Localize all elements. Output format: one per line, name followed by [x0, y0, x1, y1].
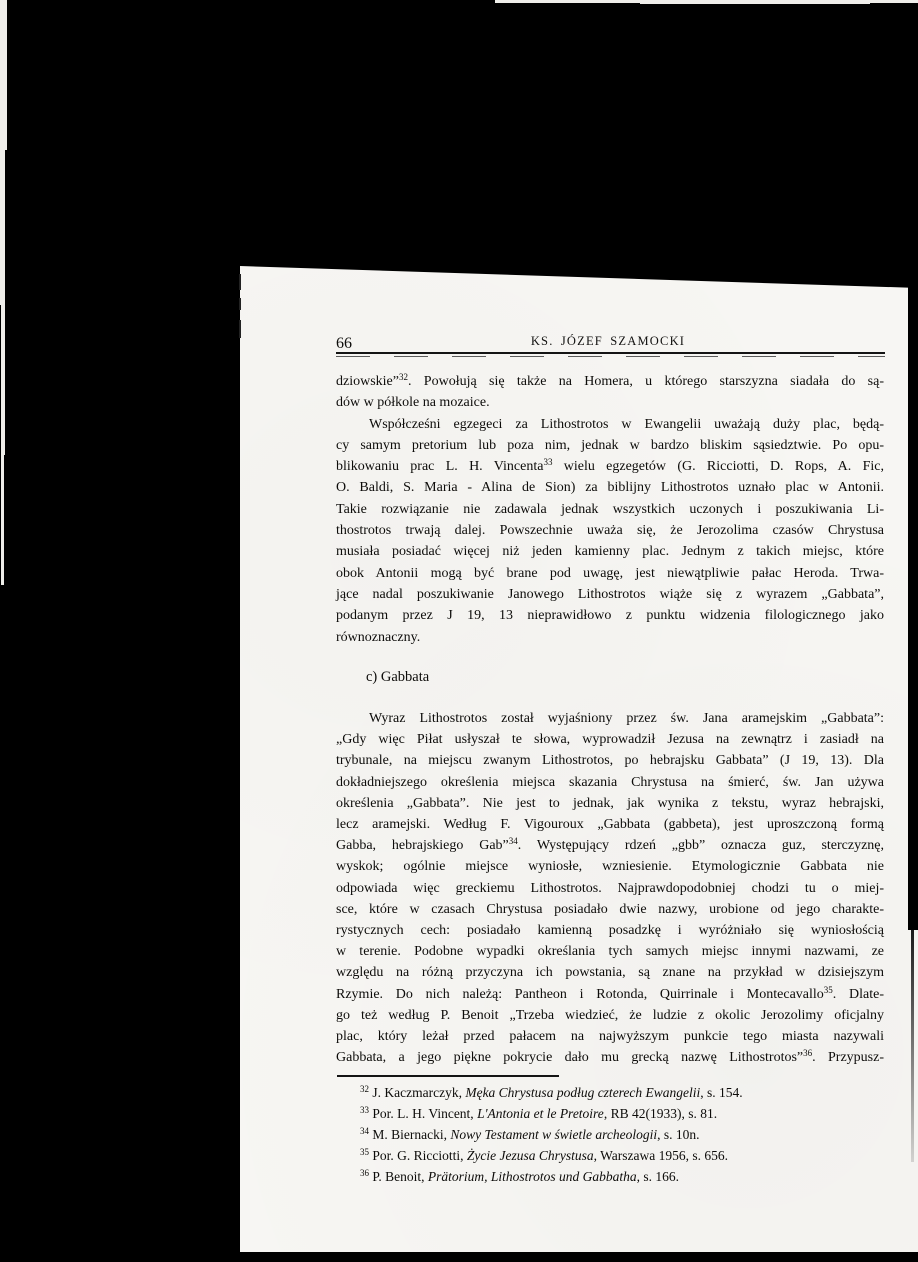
text-segment: , Warszawa 1956, s. 656. [594, 1148, 728, 1163]
film-edge-artifact [1, 455, 4, 585]
text-segment: . Powołują się także na Homera, u któreg… [408, 374, 884, 389]
text-segment: P. Benoit, [369, 1169, 428, 1184]
footnote-reference: 36 [803, 1048, 812, 1058]
text-segment: w terenie. Podobne wypadki określania ty… [336, 944, 884, 959]
film-edge-artifact [1, 305, 5, 455]
footnote-separator-rule [337, 1075, 559, 1077]
film-edge-artifact [0, 0, 7, 150]
text-segment: Wyraz Lithostrotos został wyjaśniony prz… [369, 711, 884, 726]
footnote-reference: 32 [360, 1084, 369, 1094]
page-edge-mark [239, 320, 241, 338]
text-segment: „Gdy więc Piłat usłyszał te słowa, wypro… [336, 732, 884, 747]
text-segment: Gabba, hebrajskiego Gab” [336, 838, 509, 853]
text-segment: J. Kaczmarczyk, [369, 1085, 465, 1100]
text-segment: Por. G. Ricciotti, [369, 1148, 467, 1163]
text-line: wyskok; ogólnie miejsce wyniosłe, wznies… [336, 856, 884, 877]
text-line: określenia „Gabbata”. Nie jest to jednak… [336, 793, 884, 814]
text-line: thostrotos trwają dalej. Powszechnie uwa… [336, 520, 884, 541]
text-segment: plac, który leżał przed pałacem na najwy… [336, 1029, 884, 1044]
text-line: Gabba, hebrajskiego Gab”34. Występujący … [336, 835, 884, 856]
footnotes: 32 J. Kaczmarczyk, Męka Chrystusa podług… [336, 1082, 896, 1187]
text-segment: odpowiada więc greckiemu Lithostrotos. N… [336, 881, 884, 896]
text-segment: go też według P. Benoit „Trzeba wiedzieć… [336, 1008, 884, 1023]
text-segment: musiała posiadać więcej niż jeden kamien… [336, 544, 884, 559]
text-segment: , s. 154. [700, 1085, 742, 1100]
text-line: trybunale, na miejscu zwanym Lithostroto… [336, 750, 884, 771]
text-segment: Takie rozwiązanie nie zadawala jednak ws… [336, 502, 884, 517]
film-edge-artifact [0, 150, 5, 305]
footnote-reference: 36 [360, 1168, 369, 1178]
text-line: dokładniejszego określenia miejsca skaza… [336, 772, 884, 793]
text-line: 32 J. Kaczmarczyk, Męka Chrystusa podług… [336, 1082, 896, 1103]
footnote-reference: 33 [360, 1105, 369, 1115]
footnote-reference: 34 [360, 1126, 369, 1136]
text-segment: . Przypusz- [812, 1050, 884, 1065]
text-line: Gabbata, a jego piękne pokrycie dało mu … [336, 1047, 884, 1068]
text-line: Rzymie. Do nich należą: Pantheon i Roton… [336, 984, 884, 1005]
page-edge-mark [239, 274, 241, 290]
text-segment: wielu egzegetów (G. Ricciotti, D. Rops, … [552, 459, 884, 474]
text-line: 33 Por. L. H. Vincent, L'Antonia et le P… [336, 1103, 896, 1124]
text-line: jące nadal poszukiwanie Janowego Lithost… [336, 584, 884, 605]
text-segment: jące nadal poszukiwanie Janowego Lithost… [336, 587, 884, 602]
text-segment: , s. 166. [637, 1169, 679, 1184]
text-line: lecz aramejski. Według F. Vigouroux „Gab… [336, 814, 884, 835]
text-line: dów w półkole na mozaice. [336, 392, 884, 413]
text-line: sce, które w czasach Chrystusa posiadało… [336, 899, 884, 920]
running-header: KS. JÓZEF SZAMOCKI [528, 334, 688, 349]
text-segment: Rzymie. Do nich należą: Pantheon i Roton… [336, 987, 824, 1002]
text-segment: określenia „Gabbata”. Nie jest to jednak… [336, 796, 884, 811]
text-line: O. Baldi, S. Maria - Alina de Sion) za b… [336, 477, 884, 498]
text-segment: . Dlate- [833, 987, 884, 1002]
page-number: 66 [336, 335, 352, 353]
text-line: go też według P. Benoit „Trzeba wiedzieć… [336, 1005, 884, 1026]
text-segment: Prätorium, Lithostrotos und Gabbatha [428, 1169, 637, 1184]
text-segment: dów w półkole na mozaice. [336, 395, 490, 410]
text-line: w terenie. Podobne wypadki określania ty… [336, 941, 884, 962]
text-line: podanym przez J 19, 13 nieprawidłowo z p… [336, 605, 884, 626]
text-line: Wyraz Lithostrotos został wyjaśniony prz… [336, 708, 884, 729]
text-segment: względu na różną przyczyna ich powstania… [336, 965, 884, 980]
text-segment: blikowaniu prac L. H. Vincenta [336, 459, 543, 474]
scanned-book-page: 66 KS. JÓZEF SZAMOCKI dziowskie”32. Powo… [0, 0, 918, 1262]
body-paragraph-2: Wyraz Lithostrotos został wyjaśniony prz… [336, 708, 884, 1068]
text-line: plac, który leżał przed pałacem na najwy… [336, 1026, 884, 1047]
text-segment: , RB 42(1933), s. 81. [604, 1106, 717, 1121]
text-line: względu na różną przyczyna ich powstania… [336, 962, 884, 983]
text-segment: Współcześni egzegeci za Lithostrotos w E… [369, 417, 884, 432]
body-paragraph-1: dziowskie”32. Powołują się także na Home… [336, 371, 884, 648]
text-segment: Por. L. H. Vincent, [369, 1106, 477, 1121]
text-segment: Życie Jezusa Chrystusa [467, 1148, 594, 1163]
text-line: cy samym pretorium lub poza nim, jednak … [336, 435, 884, 456]
text-segment: podanym przez J 19, 13 nieprawidłowo z p… [336, 608, 884, 623]
text-line: 35 Por. G. Ricciotti, Życie Jezusa Chrys… [336, 1145, 896, 1166]
text-line: blikowaniu prac L. H. Vincenta33 wielu e… [336, 456, 884, 477]
text-segment: Męka Chrystusa podług czterech Ewangelii [465, 1085, 700, 1100]
text-line: 34 M. Biernacki, Nowy Testament w świetl… [336, 1124, 896, 1145]
text-segment: L'Antonia et le Pretoire [477, 1106, 604, 1121]
text-segment: . Występujący rdzeń „gbb” oznacza guz, s… [518, 838, 884, 853]
text-line: Współcześni egzegeci za Lithostrotos w E… [336, 414, 884, 435]
text-line: musiała posiadać więcej niż jeden kamien… [336, 541, 884, 562]
text-segment: , s. 10n. [657, 1127, 699, 1142]
text-line: Takie rozwiązanie nie zadawala jednak ws… [336, 499, 884, 520]
text-segment: trybunale, na miejscu zwanym Lithostroto… [336, 753, 884, 768]
text-segment: O. Baldi, S. Maria - Alina de Sion) za b… [336, 480, 884, 495]
footnote-reference: 34 [509, 836, 518, 846]
text-segment: Nowy Testament w świetle archeologii [450, 1127, 657, 1142]
text-line: odpowiada więc greckiemu Lithostrotos. N… [336, 878, 884, 899]
header-rule-shadow [336, 356, 885, 357]
text-segment: M. Biernacki, [369, 1127, 450, 1142]
text-segment: rystycznych cech: posiadało kamienną pos… [336, 923, 884, 938]
text-segment: dokładniejszego określenia miejsca skaza… [336, 775, 884, 790]
text-line: obok Antonii mogą być brane pod uwagę, j… [336, 563, 884, 584]
text-line: równoznaczny. [336, 627, 884, 648]
text-segment: obok Antonii mogą być brane pod uwagę, j… [336, 566, 884, 581]
footnote-reference: 35 [360, 1147, 369, 1157]
text-segment: sce, które w czasach Chrystusa posiadało… [336, 902, 884, 917]
text-segment: thostrotos trwają dalej. Powszechnie uwa… [336, 523, 884, 538]
text-segment: cy samym pretorium lub poza nim, jednak … [336, 438, 884, 453]
text-segment: równoznaczny. [336, 630, 420, 645]
header-rule [336, 352, 885, 354]
text-line: dziowskie”32. Powołują się także na Home… [336, 371, 884, 392]
footnote-reference: 32 [399, 372, 408, 382]
text-line: 36 P. Benoit, Prätorium, Lithostrotos un… [336, 1166, 896, 1187]
text-segment: wyskok; ogólnie miejsce wyniosłe, wznies… [336, 859, 884, 874]
text-segment: dziowskie” [336, 374, 399, 389]
footnote-reference: 35 [824, 985, 833, 995]
text-segment: lecz aramejski. Według F. Vigouroux „Gab… [336, 817, 884, 832]
right-scan-shadow-tail [911, 930, 914, 1162]
scan-top-artifact [640, 0, 870, 4]
text-segment: Gabbata, a jego piękne pokrycie dało mu … [336, 1050, 803, 1065]
page-edge-mark [239, 298, 241, 310]
text-line: „Gdy więc Piłat usłyszał te słowa, wypro… [336, 729, 884, 750]
text-line: rystycznych cech: posiadało kamienną pos… [336, 920, 884, 941]
right-scan-shadow [908, 270, 918, 930]
section-heading: c) Gabbata [366, 669, 429, 686]
